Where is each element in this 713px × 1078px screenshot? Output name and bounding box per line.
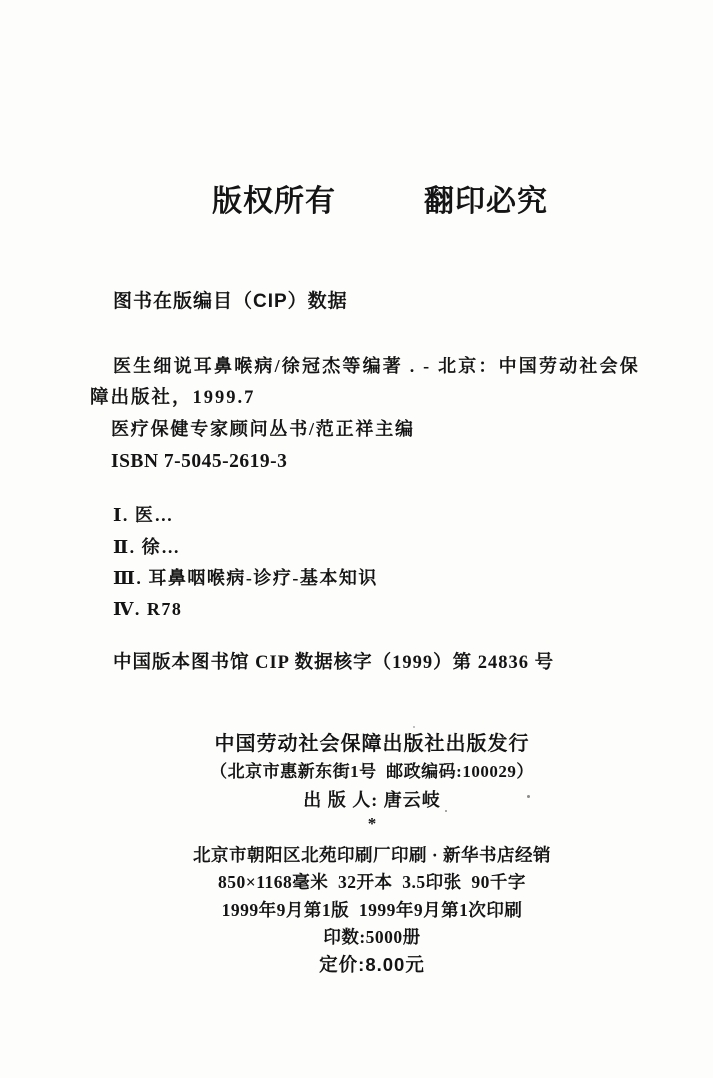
publisher-person-line: 出 版 人: 唐云岐 (31, 786, 713, 812)
book-copyright-page: 版权所有 翻印必究 图书在版编目（CIP）数据 医生细说耳鼻喉病/徐冠杰等编著 … (0, 0, 713, 1078)
scan-speckle (413, 726, 415, 728)
book-format-line: 850×1168毫米 32开本 3.5印张 90千字 (31, 869, 713, 894)
print-run-line: 印数:5000册 (31, 924, 713, 949)
price-line: 定价:8.00元 (31, 951, 713, 977)
printer-line: 北京市朝阳区北苑印刷厂印刷 · 新华书店经销 (31, 842, 713, 867)
scan-speckle (527, 795, 530, 798)
edition-line: 1999年9月第1版 1999年9月第1次印刷 (31, 897, 713, 922)
scan-speckle (445, 810, 447, 812)
publisher-line: 中国劳动社会保障出版社出版发行 (31, 727, 713, 756)
section-divider-star: * (31, 814, 713, 834)
colophon-section: 中国劳动社会保障出版社出版发行 （北京市惠新东街1号 邮政编码:100029） … (31, 0, 713, 1078)
publisher-address-line: （北京市惠新东街1号 邮政编码:100029） (31, 757, 713, 782)
